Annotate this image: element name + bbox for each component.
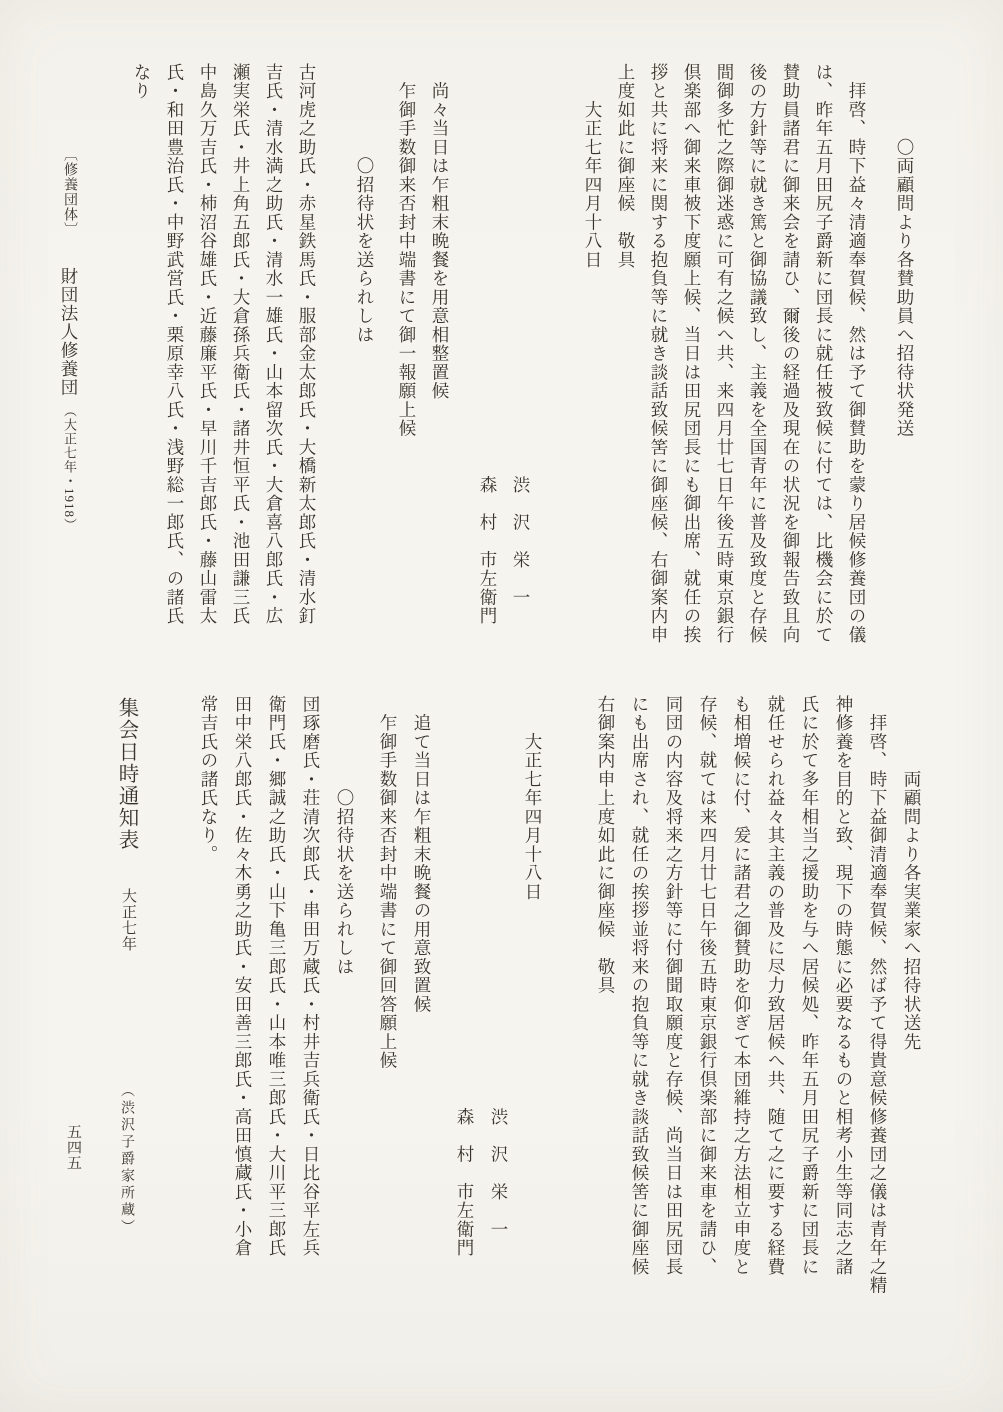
text-column: 乍御手数御来否封中端書にて御回答願上候 [371, 695, 405, 1299]
text-column: 乍御手数御来否封中端書にて御一報願上候 [390, 63, 423, 649]
text-column: 田中栄八郎氏・佐々木勇之助氏・安田善三郎氏・高田慎蔵氏・小倉 [226, 695, 260, 1299]
margin-category-label: 〔修養団体〕 [62, 147, 77, 230]
text-column: 尚々当日は乍粗末晩餐を用意相整置候 [423, 63, 456, 649]
text-column: 団琢磨氏・荘清次郎氏・串田万蔵氏・村井吉兵衛氏・日比谷平左兵 [294, 695, 328, 1299]
letter-to-businessmen-section: 両顧問より各実業家へ招待状送先 拝啓、時下益御清適奉賀候、然ば予て得貴意候修養団… [192, 695, 929, 1299]
text-column: 衛門氏・郷誠之助氏・山下亀三郎氏・山本唯三郎氏・大川平三郎氏 [260, 695, 294, 1299]
text-column: 瀬実栄氏・井上角五郎氏・大倉孫兵衛氏・諸井恒平氏・池田謙三氏 [224, 63, 257, 649]
text-column: は、昨年五月田尻子爵新に団長に就任被致候に付ては、比機会に於て [807, 63, 840, 649]
text-column: 大正七年四月十八日 [576, 63, 609, 649]
text-column: 就任せられ益々其主義の普及に尽力致居候へ共、随て之に要する経費 [759, 695, 793, 1299]
text-column: 賛助員諸君に御来会を請ひ、爾後の経過及現在の状況を御報告致且向 [774, 63, 807, 649]
text-column: も相増候に付、爰に諸君之御賛助を仰ぎて本団維持之方法相立申度と [725, 695, 759, 1299]
provenance-note: （渋沢子爵家所蔵） [116, 1083, 136, 1236]
text-column: 追て当日は乍粗末晩餐の用意致置候 [405, 695, 439, 1299]
text-column: 〇招待状を送られしは [328, 695, 362, 1299]
text-column: 中島久万吉氏・柿沼谷雄氏・近藤廉平氏・早川千吉郎氏・藤山雷太 [191, 63, 224, 649]
text-column: にも出席され、就任の挨拶並将来の抱負等に就き談話致候筈に御座候 [623, 695, 657, 1299]
text-column: 氏・和田豊治氏・中野武営氏・栗原幸八氏・浅野総一郎氏、の諸氏 [158, 63, 191, 649]
text-column: 渋 沢 栄 一 [482, 695, 516, 1299]
text-column: 〇招待状を送られしは [348, 63, 381, 649]
text-column: なり [125, 63, 158, 649]
text-column: 常吉氏の諸氏なり。 [192, 695, 226, 1299]
text-column: 右御案内申上度如此に御座候 敬具 [589, 695, 623, 1299]
text-column: 渋 沢 栄 一 [504, 63, 537, 649]
margin-organization-label: 財団法人修養団 [59, 230, 79, 397]
collection-title: 集会日時通知表 [112, 697, 140, 851]
text-column: 古河虎之助氏・赤星鉄馬氏・服部金太郎氏・大橋新太郎氏・清水釘 [290, 63, 323, 649]
text-column: 両顧問より各実業家へ招待状送先 [895, 695, 929, 1299]
text-column: 森 村 市左衛門 [471, 63, 504, 649]
scanned-page: 〇両顧問より各賛助員へ招待状発送 拝啓、時下益々清適奉賀候、然は予て御賛助を蒙り… [0, 0, 1003, 1412]
text-column: 〇両顧問より各賛助員へ招待状発送 [888, 63, 921, 649]
text-column: 同団の内容及将来之方針等に付御聞取願度と存候、尚当日は田尻団長 [657, 695, 691, 1299]
text-column: 存候、就ては来四月廿七日午後五時東京銀行倶楽部に御来車を請ひ、 [691, 695, 725, 1299]
text-column: 拝啓、時下益々清適奉賀候、然は予て御賛助を蒙り居候修養団の儀 [840, 63, 873, 649]
collection-date: 大正七年 [119, 888, 137, 952]
text-column: 上度如此に御座候 敬具 [609, 63, 642, 649]
text-column: 森 村 市左衛門 [448, 695, 482, 1299]
text-column: 倶楽部へ御来車被下度願上候、当日は田尻団長にも御出席、就任の挨 [675, 63, 708, 649]
text-column: 神修養を目的と致、現下の時態に必要なるものと相考小生等同志之諸 [827, 695, 861, 1299]
margin-year-label: （大正七年・1918） [62, 397, 77, 533]
text-column: 後の方針等に就き篤と御協議致し、主義を全国青年に普及致度と存候 [741, 63, 774, 649]
letter-to-supporters-section: 〇両顧問より各賛助員へ招待状発送 拝啓、時下益々清適奉賀候、然は予て御賛助を蒙り… [125, 63, 921, 649]
margin-source-note: 〔修養団体〕 財団法人修養団 （大正七年・1918） [56, 147, 82, 532]
text-column: 拶と共に将来に関する抱負等に就き談話致候筈に御座候、右御案内申 [642, 63, 675, 649]
page-number: 五四五 [64, 1124, 82, 1171]
text-column: 氏に於て多年相当之援助を与へ居候処、昨年五月田尻子爵新に団長に [793, 695, 827, 1299]
text-column: 拝啓、時下益御清適奉賀候、然ば予て得貴意候修養団之儀は青年之精 [861, 695, 895, 1299]
text-column: 間御多忙之際御迷惑に可有之候へ共、来四月廿七日午後五時東京銀行 [708, 63, 741, 649]
text-column: 大正七年四月十八日 [516, 695, 550, 1299]
text-column: 吉氏・清水満之助氏・清水一雄氏・山本留次氏・大倉喜八郎氏・広 [257, 63, 290, 649]
